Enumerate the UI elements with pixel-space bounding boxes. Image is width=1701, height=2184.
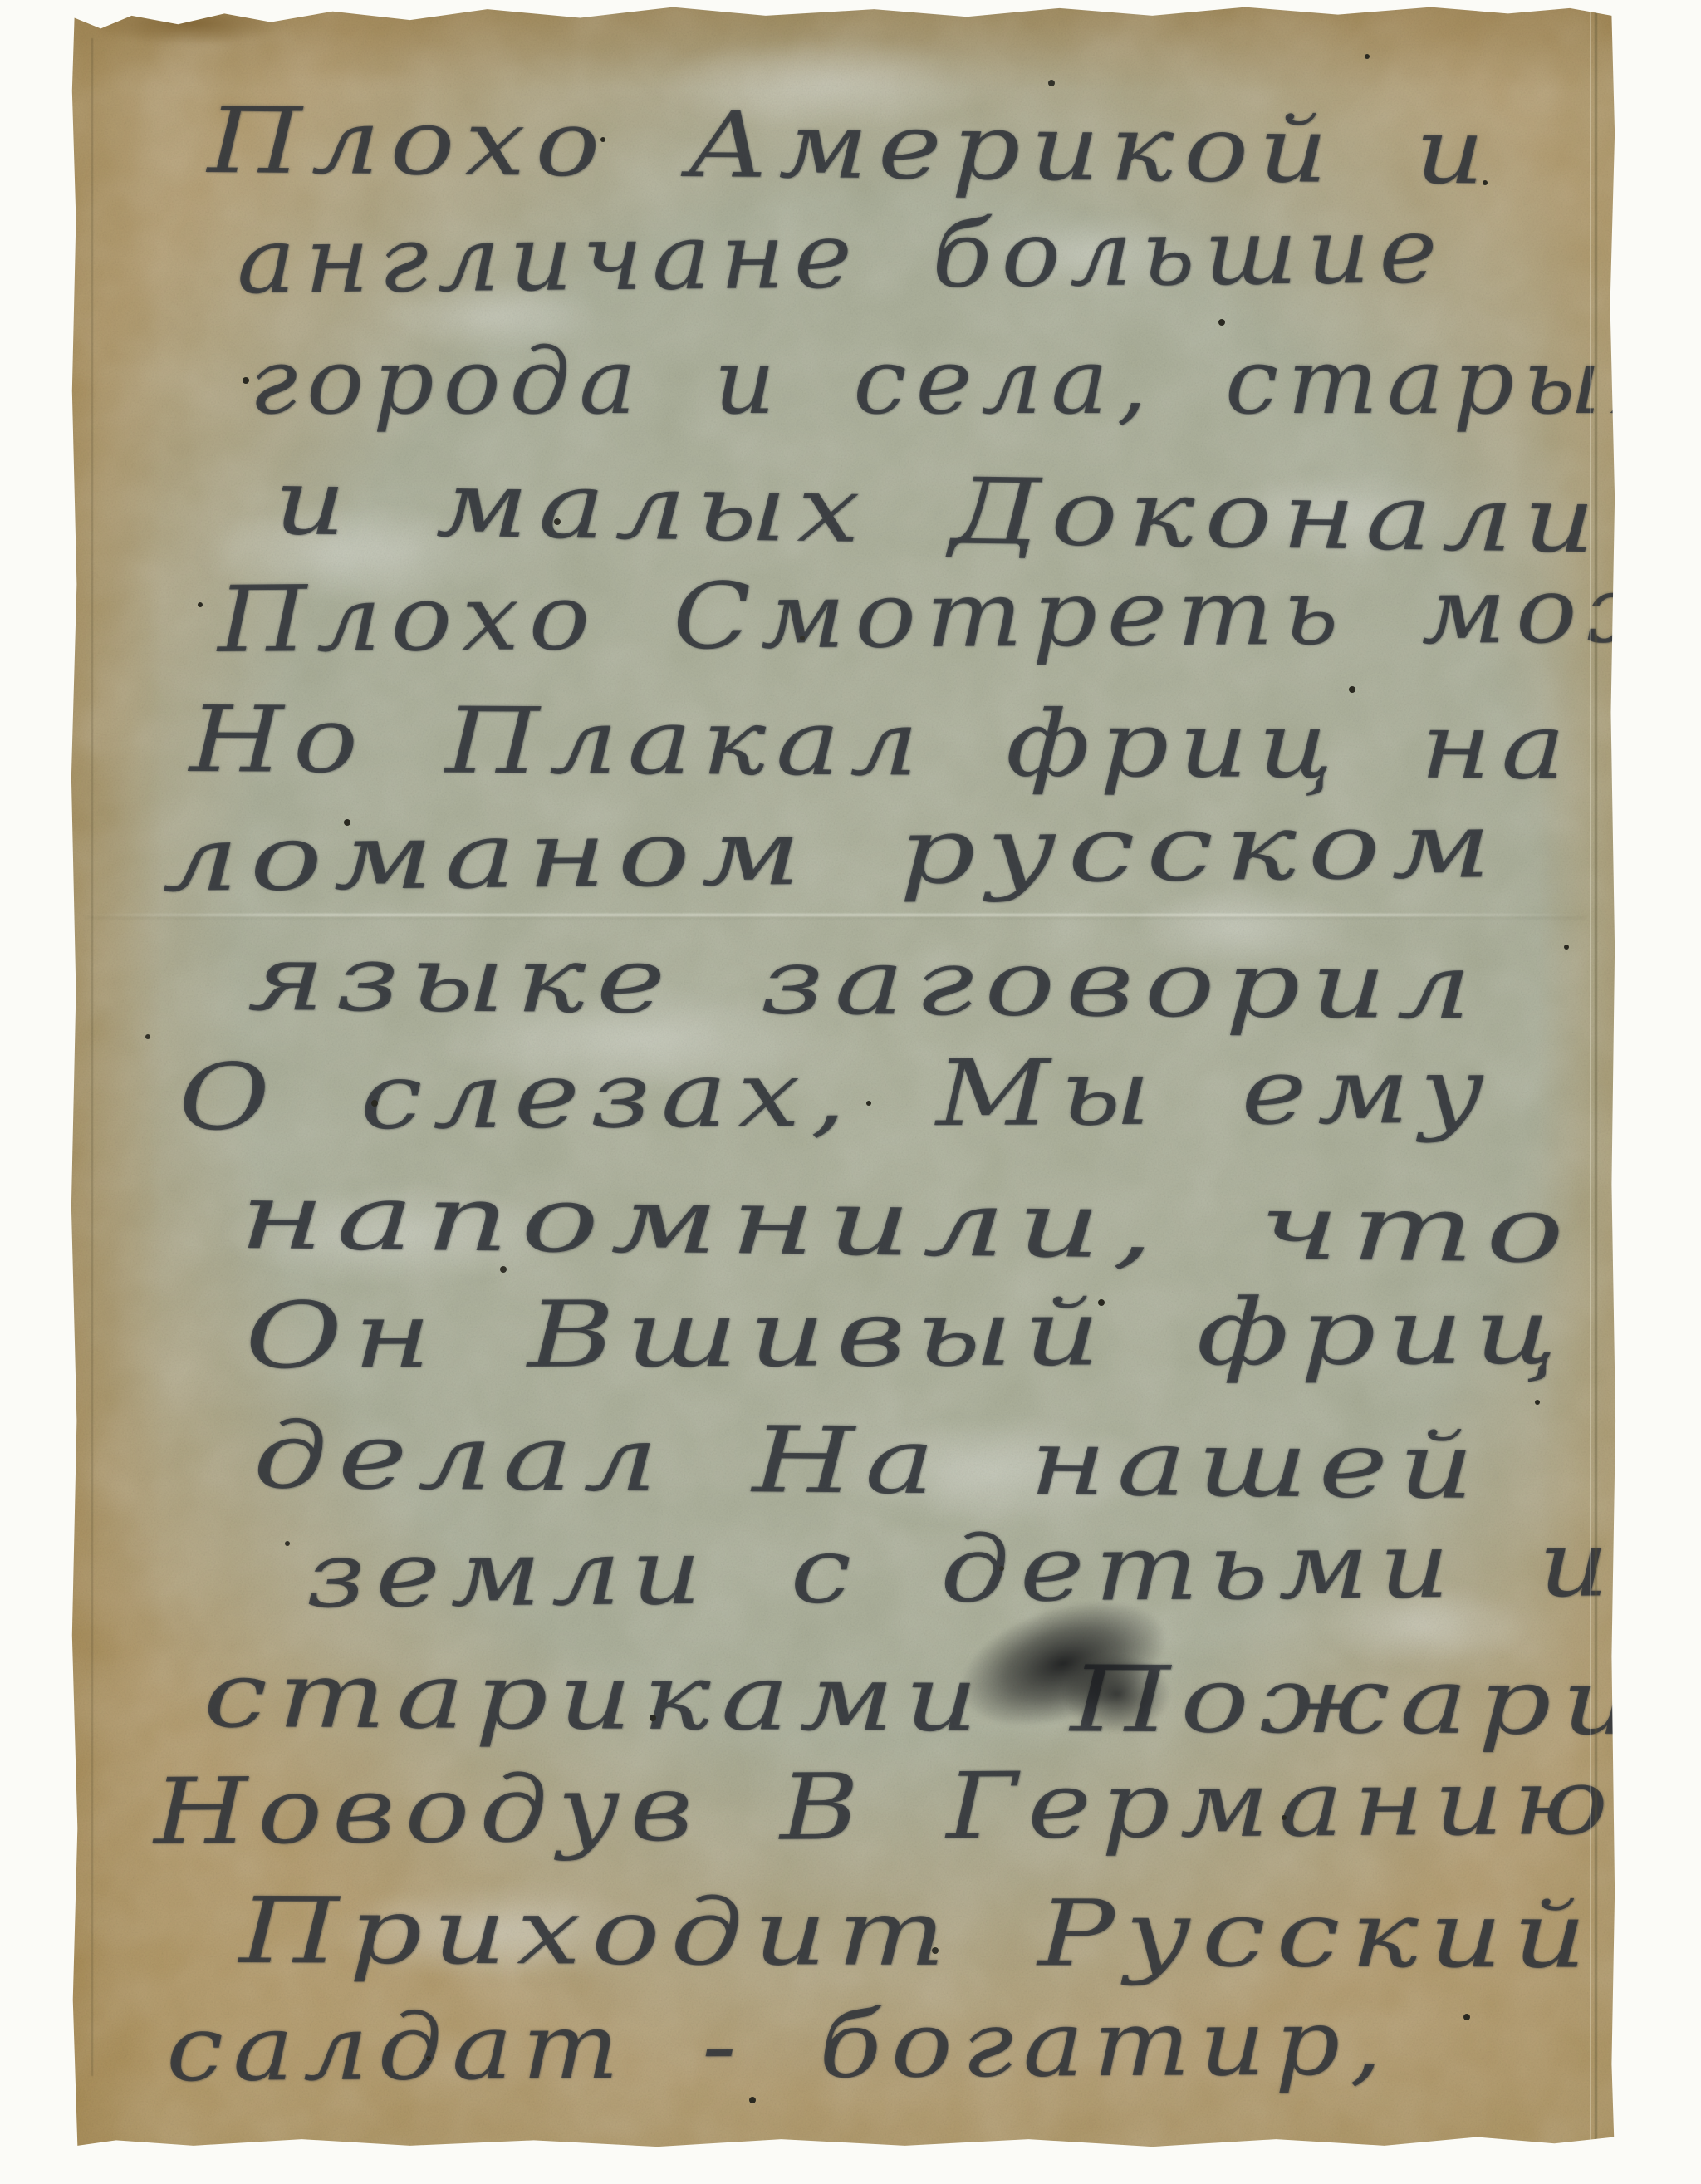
right-edge-crease-highlight	[1590, 5, 1591, 2150]
right-edge-crease	[1595, 5, 1597, 2150]
paper-specks	[70, 5, 73, 8]
paper-grain-texture	[70, 5, 1616, 2150]
graphite-blot	[1063, 1655, 1171, 1734]
top-left-stain	[95, 2, 290, 45]
horizontal-fold-crease	[86, 914, 1586, 916]
paper-sheet: Плохо Америкой и англичане большие город…	[70, 5, 1616, 2150]
scanned-letter-page: Плохо Америкой и англичане большие город…	[0, 0, 1701, 2184]
left-torn-edge-line	[91, 38, 93, 2076]
